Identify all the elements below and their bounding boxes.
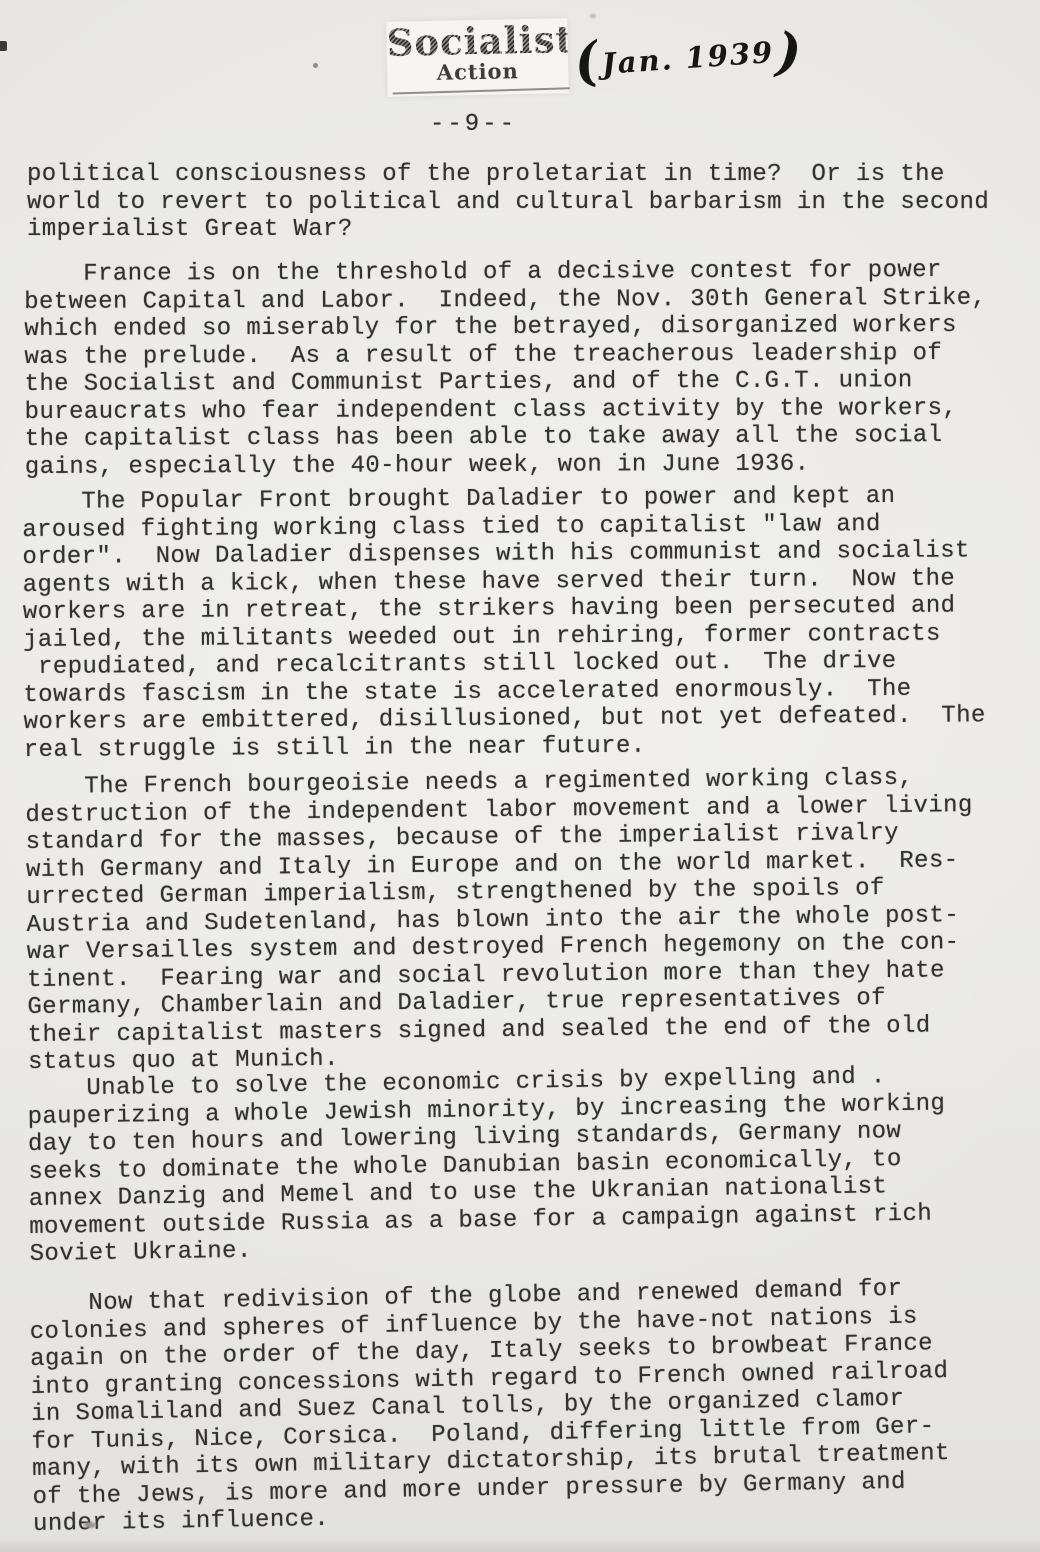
scan-speck <box>84 1522 96 1528</box>
masthead: Socialist Action <box>386 18 569 97</box>
handwritten-close-paren: ) <box>775 26 802 79</box>
masthead-title: Socialist <box>386 21 568 62</box>
paragraph-6: Now that redivision of the globe and ren… <box>29 1275 951 1538</box>
paragraph-3: The Popular Front brought Daladier to po… <box>22 482 986 764</box>
paragraph-5: Unable to solve the economic crisis by e… <box>27 1062 948 1268</box>
scan-edge-shadow <box>0 1538 1040 1552</box>
paragraph-2: France is on the threshold of a decisive… <box>24 257 987 481</box>
scanned-document-page: Socialist Action ( Jan. 1939 ) --9-- pol… <box>0 0 1040 1552</box>
handwritten-date-note: ( Jan. 1939 ) <box>572 22 803 90</box>
paragraph-4: The French bourgeoisie needs a regimente… <box>25 764 975 1076</box>
scan-speck <box>590 14 596 18</box>
scan-speck <box>313 63 318 68</box>
scan-speck <box>0 41 7 51</box>
handwritten-date-text: Jan. 1939 <box>598 35 778 81</box>
handwritten-open-paren: ( <box>570 35 602 90</box>
paragraph-1: political consciousness of the proletari… <box>27 161 989 244</box>
page-number: --9-- <box>430 111 517 138</box>
masthead-underline <box>393 87 570 94</box>
